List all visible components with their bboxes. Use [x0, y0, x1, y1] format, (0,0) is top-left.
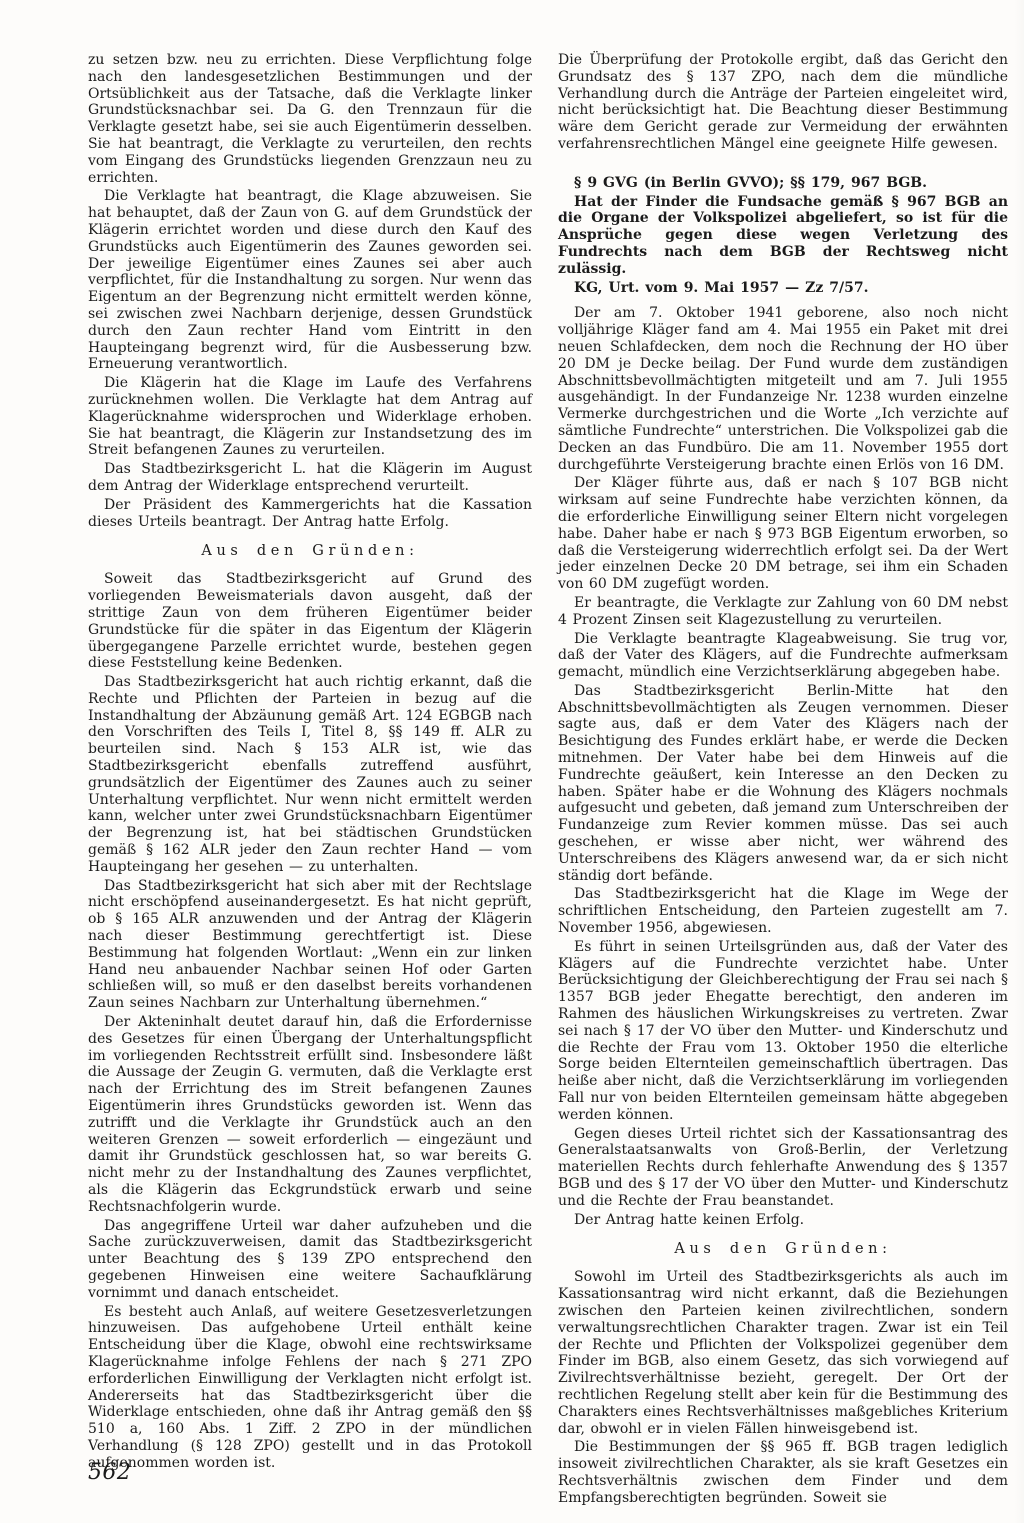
paragraph: Das Stadtbezirksgericht L. hat die Kläge… — [88, 461, 532, 495]
paragraph: Sowohl im Urteil des Stadtbezirksgericht… — [558, 1269, 1008, 1437]
paragraph: Das Stadtbezirksgericht hat auch richtig… — [88, 674, 532, 876]
two-column-text-area: zu setzen bzw. neu zu errichten. Diese V… — [88, 52, 1008, 1509]
section-heading: Aus den Gründen: — [558, 1241, 1008, 1258]
paragraph: Das angegriffene Urteil war daher aufzuh… — [88, 1218, 532, 1302]
section-heading: Aus den Gründen: — [88, 543, 532, 560]
paragraph: Das Stadtbezirksgericht hat sich aber mi… — [88, 878, 532, 1012]
case-reference: KG, Urt. vom 9. Mai 1957 — Zz 7/57. — [558, 280, 1008, 297]
right-column: Die Überprüfung der Protokolle ergibt, d… — [558, 52, 1008, 1509]
page-number: 562 — [88, 1460, 131, 1485]
paragraph: Der Präsident des Kammergerichts hat die… — [88, 497, 532, 531]
scan-edge-shading — [1014, 0, 1024, 1523]
headnote-summary: Hat der Finder die Fundsache gemäß § 967… — [558, 194, 1008, 278]
paragraph: Die Verklagte beantragte Klageabweisung.… — [558, 631, 1008, 681]
paragraph: Die Klägerin hat die Klage im Laufe des … — [88, 375, 532, 459]
paragraph: Die Verklagte hat beantragt, die Klage a… — [88, 188, 532, 373]
paragraph: Der Antrag hatte keinen Erfolg. — [558, 1212, 1008, 1229]
paragraph: Das Stadtbezirksgericht Berlin-Mitte hat… — [558, 683, 1008, 885]
headnote-statutes: § 9 GVG (in Berlin GVVO); §§ 179, 967 BG… — [558, 175, 1008, 192]
paragraph: Der Kläger führte aus, daß er nach § 107… — [558, 475, 1008, 593]
paragraph: Der am 7. Oktober 1941 geborene, also no… — [558, 305, 1008, 473]
paragraph: Die Bestimmungen der §§ 965 ff. BGB trag… — [558, 1439, 1008, 1506]
paragraph: Es führt in seinen Urteilsgründen aus, d… — [558, 939, 1008, 1124]
scanned-journal-page: zu setzen bzw. neu zu errichten. Diese V… — [0, 0, 1024, 1523]
paragraph: Gegen dieses Urteil richtet sich der Kas… — [558, 1126, 1008, 1210]
paragraph-continuation: Die Überprüfung der Protokolle ergibt, d… — [558, 52, 1008, 153]
left-column: zu setzen bzw. neu zu errichten. Diese V… — [88, 52, 532, 1509]
paragraph: Soweit das Stadtbezirksgericht auf Grund… — [88, 571, 532, 672]
paragraph: Der Akteninhalt deutet darauf hin, daß d… — [88, 1014, 532, 1216]
paragraph-continuation: zu setzen bzw. neu zu errichten. Diese V… — [88, 52, 532, 186]
paragraph: Er beantragte, die Verklagte zur Zahlung… — [558, 595, 1008, 629]
paragraph: Das Stadtbezirksgericht hat die Klage im… — [558, 886, 1008, 936]
paragraph: Es besteht auch Anlaß, auf weitere Geset… — [88, 1304, 532, 1472]
